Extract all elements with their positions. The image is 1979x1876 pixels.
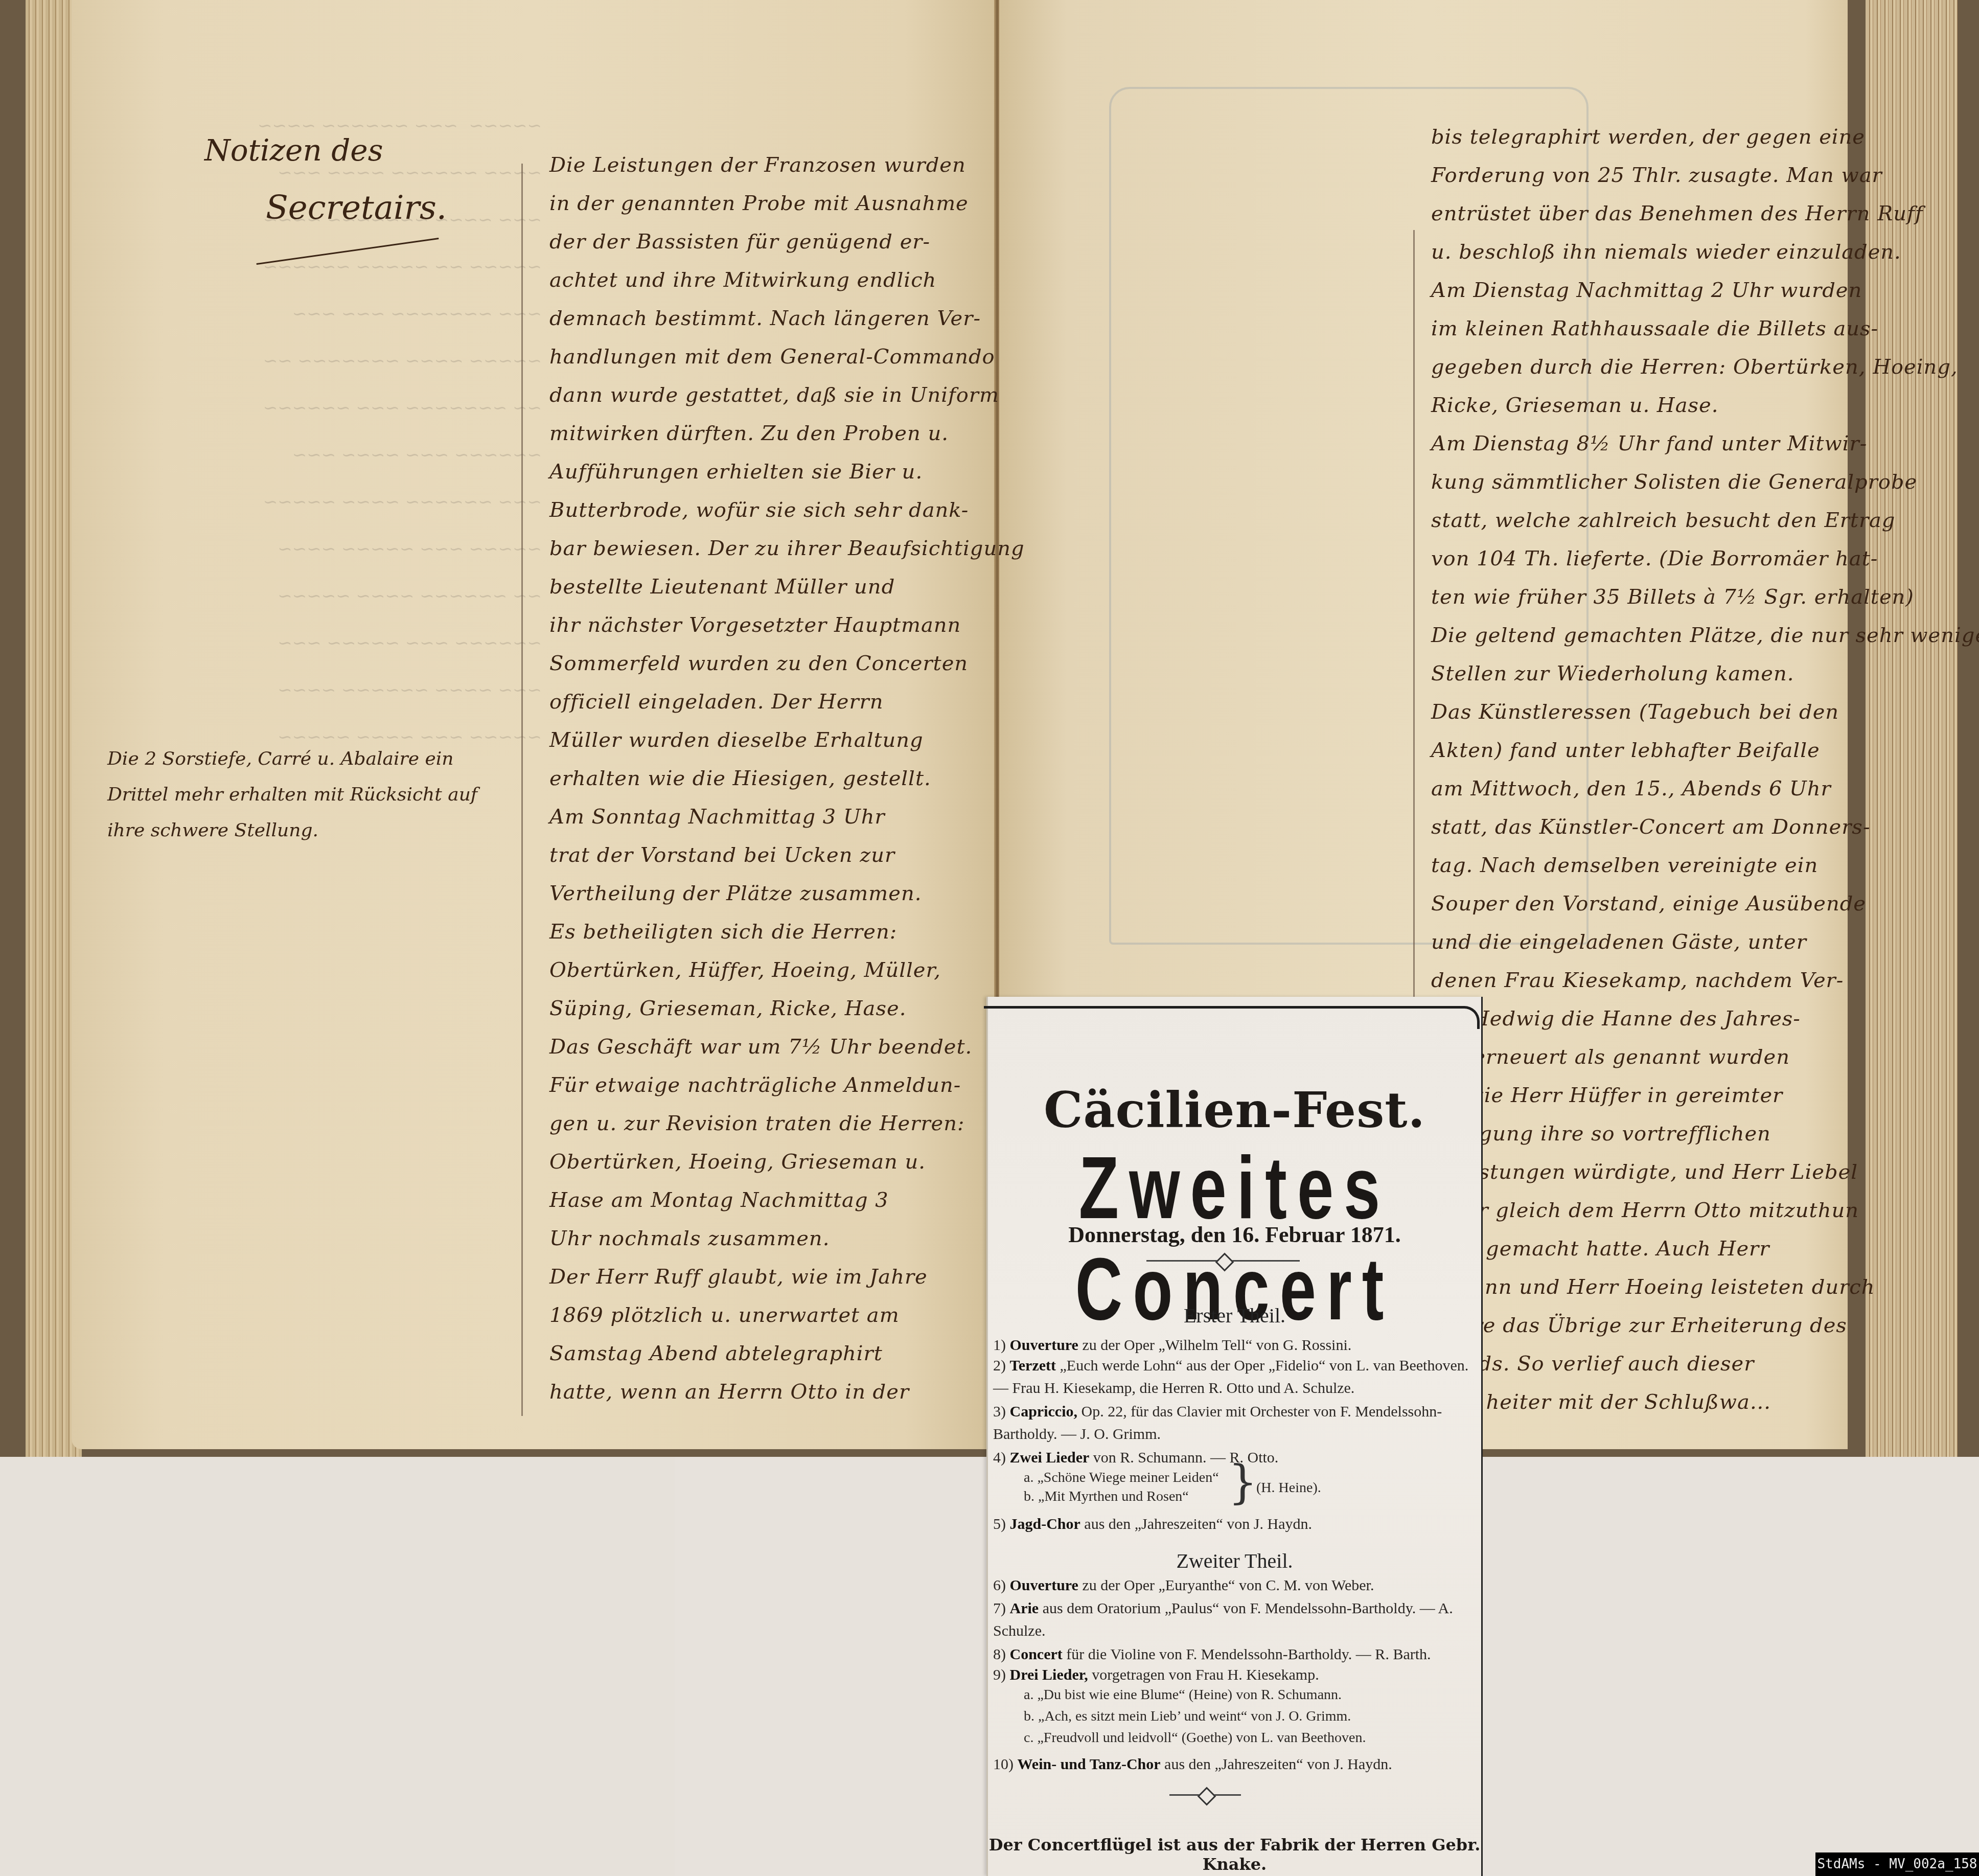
handwritten-line: hatte, wenn an Herrn Otto in der — [549, 1380, 909, 1404]
handwritten-line: Obertürken, Hoeing, Grieseman u. — [549, 1150, 926, 1174]
item-title: Ouverture — [1010, 1337, 1078, 1354]
part1-heading: Erster Theil. — [988, 1303, 1481, 1328]
bleed-through-left: ~~~~~ ~~~ ~~~~~~ ~~~~ ~~~~ ~~~~~~ ~~~~ ~… — [82, 102, 542, 1278]
program-fest-title: Cäcilien-Fest. — [988, 1081, 1481, 1139]
handwritten-line: 1869 plötzlich u. unerwartet am — [549, 1303, 900, 1327]
item-title: Zwei Lieder — [1010, 1449, 1090, 1466]
item-description: aus dem Oratorium „Paulus“ von F. Mendel… — [993, 1600, 1453, 1639]
item-number: 3) — [993, 1403, 1010, 1420]
handwritten-line: mitwirken dürften. Zu den Proben u. — [549, 422, 949, 445]
handwritten-line: ...ihre das Übrige zur Erheiterung des — [1431, 1314, 1847, 1337]
handwritten-line: ihr nächster Vorgesetzter Hauptmann — [549, 613, 961, 637]
handwritten-line: ten wie früher 35 Billets à 7½ Sgr. erha… — [1431, 585, 1914, 609]
program-item: 2) Terzett „Euch werde Lohn“ aus der Ope… — [993, 1355, 1474, 1400]
handwritten-line: u. beschloß ihn niemals wieder einzulade… — [1431, 240, 1901, 264]
margin-rule-right — [1413, 230, 1415, 1073]
program-item: 5) Jagd-Chor aus den „Jahreszeiten“ von … — [993, 1513, 1474, 1536]
handwritten-line: ein Hedwig die Hanne des Jahres- — [1431, 1007, 1801, 1031]
item-number: 9) — [993, 1666, 1010, 1683]
handwritten-line: Das Geschäft war um 7½ Uhr beendet. — [549, 1035, 972, 1059]
handwritten-line: achtet und ihre Mitwirkung endlich — [549, 268, 936, 292]
program-border-top — [984, 1006, 1480, 1029]
handwritten-line: kung sämmtlicher Solisten die Generalpro… — [1431, 470, 1917, 494]
program-subitem: c. „Freudvoll und leidvoll“ (Goethe) von… — [1024, 1730, 1366, 1746]
item-number: 8) — [993, 1646, 1010, 1663]
item-number: 5) — [993, 1516, 1010, 1532]
flourish-divider-icon — [1146, 1260, 1300, 1262]
item-number: 6) — [993, 1577, 1010, 1594]
item-description: aus den „Jahreszeiten“ von J. Haydn. — [1161, 1756, 1392, 1773]
item-description: vorgetragen von Frau H. Kiesekamp. — [1088, 1666, 1319, 1683]
program-subitem: a. „Du bist wie eine Blume“ (Heine) von … — [1024, 1687, 1342, 1703]
handwritten-line: im kleinen Rathhaussaale die Billets aus… — [1431, 317, 1878, 340]
handwritten-line: am Mittwoch, den 15., Abends 6 Uhr — [1431, 777, 1831, 800]
handwritten-line: Süping, Grieseman, Ricke, Hase. — [549, 997, 906, 1020]
handwritten-line: trat der Vorstand bei Ucken zur — [549, 843, 895, 867]
handwritten-line: bis telegraphirt werden, der gegen eine — [1431, 125, 1865, 149]
handwritten-line: Müller wurden dieselbe Erhaltung — [549, 728, 924, 752]
item-number: 10) — [993, 1756, 1018, 1773]
heading-secretairs: Secretairs. — [266, 189, 447, 227]
handwritten-line: ...mann und Herr Hoeing leisteten durch — [1431, 1275, 1875, 1299]
item-description: für die Violine von F. Mendelssohn-Barth… — [1063, 1646, 1431, 1663]
item-description: „Euch werde Lohn“ aus der Oper „Fidelio“… — [993, 1357, 1468, 1397]
program-item: 1) Ouverture zu der Oper „Wilhelm Tell“ … — [993, 1334, 1474, 1357]
handwritten-line: Sommerfeld wurden zu den Concerten — [549, 652, 968, 675]
item-description: zu der Oper „Wilhelm Tell“ von G. Rossin… — [1078, 1337, 1351, 1354]
margin-note: Die 2 Sorstiefe, Carré u. Abalaire ein D… — [107, 741, 511, 849]
heading-notizen: Notizen des — [204, 133, 383, 168]
handwritten-line: gen u. zur Revision traten die Herren: — [549, 1112, 964, 1135]
handwritten-line: ..., wie Herr Hüffer in gereimter — [1431, 1084, 1783, 1107]
item-title: Jagd-Chor — [1010, 1516, 1080, 1532]
handwritten-line: Am Dienstag 8½ Uhr fand unter Mitwir- — [1431, 432, 1867, 455]
handwritten-line: in der genannten Probe mit Ausnahme — [549, 192, 969, 215]
margin-rule-left — [521, 164, 523, 1416]
handwritten-line: ...leistungen würdigte, und Herr Liebel — [1431, 1160, 1858, 1184]
handwritten-line: demnach bestimmt. Nach längeren Ver- — [549, 307, 981, 330]
item-title: Capriccio, — [1010, 1403, 1077, 1420]
handwritten-line: entrüstet über das Benehmen des Herrn Ru… — [1431, 202, 1923, 225]
handwritten-line: Für etwaige nachträgliche Anmeldun- — [549, 1073, 961, 1097]
item-title: Wein- und Tanz-Chor — [1018, 1756, 1161, 1773]
handwritten-line: Samstag Abend abtelegraphirt — [549, 1342, 883, 1365]
handwritten-line: Am Sonntag Nachmittag 3 Uhr — [549, 805, 885, 829]
handwritten-line: handlungen mit dem General-Commando — [549, 345, 995, 369]
handwritten-line: Akten) fand unter lebhafter Beifalle — [1431, 739, 1820, 762]
item-number: 1) — [993, 1337, 1010, 1354]
program-item: 3) Capriccio, Op. 22, für das Clavier mi… — [993, 1401, 1474, 1446]
concert-program: Cäcilien-Fest. Zweites Concert Donnersta… — [986, 997, 1483, 1876]
item-number: 4) — [993, 1449, 1010, 1466]
handwritten-line: Stellen zur Wiederholung kamen. — [1431, 662, 1794, 685]
part2-heading: Zweiter Theil. — [988, 1549, 1481, 1573]
brace-icon: } — [1228, 1459, 1257, 1505]
archive-label: StdAMs - MV_002a_158 — [1815, 1852, 1979, 1876]
handwritten-line: ...der gleich dem Herrn Otto mitzuthun — [1431, 1199, 1859, 1222]
handwritten-line: denen Frau Kiesekamp, nachdem Ver- — [1431, 969, 1844, 992]
handwritten-line: officiell eingeladen. Der Herrn — [549, 690, 883, 714]
handwritten-line: Es betheiligten sich die Herren: — [549, 920, 897, 944]
handwritten-line: Vertheilung der Plätze zusammen. — [549, 882, 922, 905]
program-subitem: a. „Schöne Wiege meiner Leiden“ — [1024, 1470, 1219, 1486]
program-item: 7) Arie aus dem Oratorium „Paulus“ von F… — [993, 1597, 1474, 1642]
handwritten-line: Uhr nochmals zusammen. — [549, 1227, 830, 1250]
handwritten-line: Am Dienstag Nachmittag 2 Uhr wurden — [1431, 279, 1862, 302]
handwritten-line: ten erneuert als genannt wurden — [1431, 1045, 1790, 1069]
item-description: aus den „Jahreszeiten“ von J. Haydn. — [1080, 1516, 1312, 1532]
handwritten-line: Forderung von 25 Thlr. zusagte. Man war — [1431, 164, 1882, 187]
handwritten-line: bar bewiesen. Der zu ihrer Beaufsichtigu… — [549, 537, 1025, 560]
program-date: Donnerstag, den 16. Februar 1871. — [988, 1222, 1481, 1248]
handwritten-line: bestellte Lieutenant Müller und — [549, 575, 895, 599]
handwritten-line: statt, das Künstler-Concert am Donners- — [1431, 815, 1870, 839]
item-number: 2) — [993, 1357, 1010, 1374]
handwritten-line: Der Herr Ruff glaubt, wie im Jahre — [549, 1265, 928, 1289]
item-title: Concert — [1010, 1646, 1063, 1663]
program-item: 9) Drei Lieder, vorgetragen von Frau H. … — [993, 1664, 1474, 1686]
item-description: zu der Oper „Euryanthe“ von C. M. von We… — [1078, 1577, 1374, 1594]
handwritten-line: dann wurde gestattet, daß sie in Uniform — [549, 383, 999, 407]
handwritten-line: tag. Nach demselben vereinigte ein — [1431, 854, 1818, 877]
item-title: Terzett — [1010, 1357, 1056, 1374]
item-title: Arie — [1010, 1600, 1039, 1617]
program-item: 6) Ouverture zu der Oper „Euryanthe“ von… — [993, 1574, 1474, 1597]
handwritten-line: und die eingeladenen Gäste, unter — [1431, 930, 1807, 954]
program-item: 8) Concert für die Violine von F. Mendel… — [993, 1643, 1474, 1666]
item-number: 7) — [993, 1600, 1010, 1617]
handwritten-line: Ricke, Grieseman u. Hase. — [1431, 394, 1718, 417]
handwritten-line: Aufführungen erhielten sie Bier u. — [549, 460, 923, 484]
handwritten-line: erhalten wie die Hiesigen, gestellt. — [549, 767, 931, 790]
handwritten-line: von 104 Th. lieferte. (Die Borromäer hat… — [1431, 547, 1878, 570]
handwritten-line: statt, welche zahlreich besucht den Ertr… — [1431, 509, 1895, 532]
flourish-divider-icon — [1169, 1794, 1241, 1796]
handwritten-line: gegeben durch die Herren: Obertürken, Ho… — [1431, 355, 1958, 379]
handwritten-line: Das Künstleressen (Tagebuch bei den — [1431, 700, 1839, 724]
item-title: Drei Lieder, — [1010, 1666, 1088, 1683]
handwritten-line: Hase am Montag Nachmittag 3 — [549, 1188, 889, 1212]
program-subitem: b. „Ach, es sitzt mein Lieb’ und weint“ … — [1024, 1708, 1351, 1725]
handwritten-line: Souper den Vorstand, einige Ausübende — [1431, 892, 1866, 916]
handwritten-line: Obertürken, Hüffer, Hoeing, Müller, — [549, 958, 941, 982]
program-item: 10) Wein- und Tanz-Chor aus den „Jahresz… — [993, 1753, 1474, 1776]
handwritten-line: Die Leistungen der Franzosen wurden — [549, 153, 966, 177]
handwritten-line: Butterbrode, wofür sie sich sehr dank- — [549, 498, 969, 522]
program-subitem: b. „Mit Myrthen und Rosen“ — [1024, 1489, 1189, 1505]
item-title: Ouverture — [1010, 1577, 1078, 1594]
lyricist: (H. Heine). — [1256, 1480, 1321, 1496]
handwritten-line: Die geltend gemachten Plätze, die nur se… — [1431, 624, 1979, 647]
handwritten-line: der der Bassisten für genügend er- — [549, 230, 930, 254]
program-footer: Der Concertflügel ist aus der Fabrik der… — [988, 1835, 1481, 1874]
